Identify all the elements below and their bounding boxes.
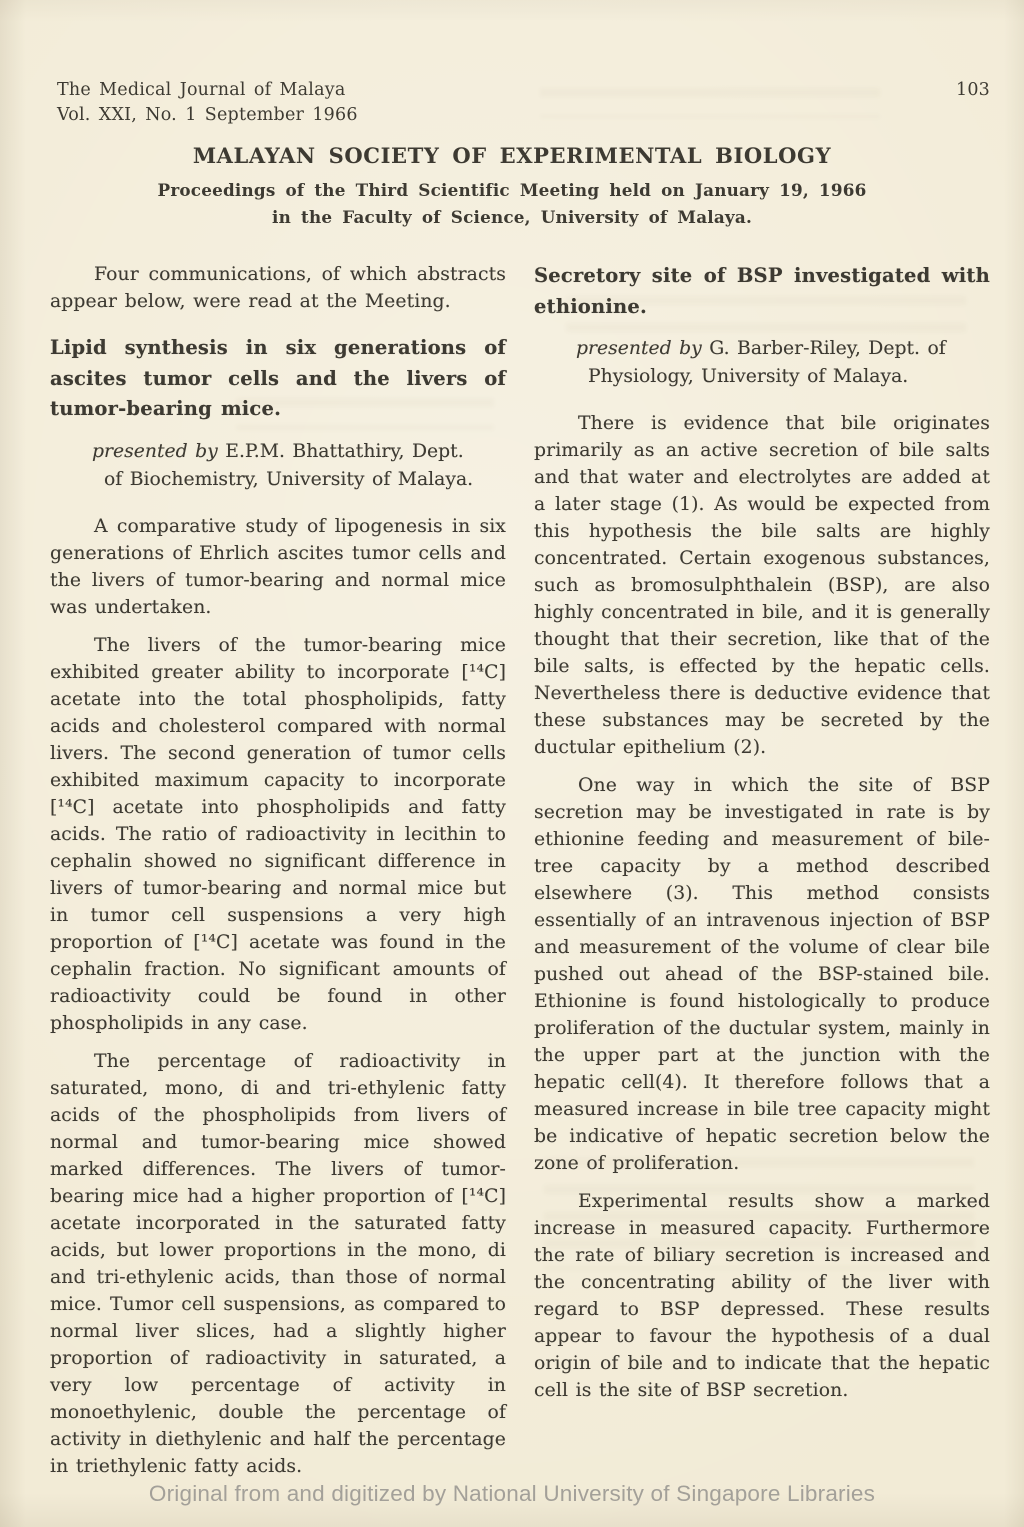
abstract-1-heading: Lipid synthesis in six generations of as… [50,333,506,425]
journal-page-scan: The Medical Journal of Malaya Vol. XXI, … [0,0,1024,1527]
presented-by-label: presented by [92,441,218,462]
journal-title: The Medical Journal of Malaya [57,78,358,103]
presenter-affiliation: of Biochemistry, University of Malaya. [92,466,506,494]
journal-info: The Medical Journal of Malaya Vol. XXI, … [57,78,358,128]
page-header: The Medical Journal of Malaya Vol. XXI, … [0,0,1024,128]
subtitle-line-1: Proceedings of the Third Scientific Meet… [0,177,1024,204]
page-number: 103 [956,78,994,103]
abstract-2-presenter: presented by G. Barber-Riley, Dept. of P… [534,335,990,391]
journal-volume-line: Vol. XXI, No. 1 September 1966 [57,103,358,128]
intro-paragraph: Four communications, of which abstracts … [50,261,506,315]
abstract-2-paragraph-3: Experimental results show a marked incre… [534,1188,990,1404]
presented-by-label: presented by [576,338,702,359]
right-column: Secretory site of BSP investigated with … [534,261,990,1491]
presenter-affiliation: Physiology, University of Malaya. [576,363,990,391]
abstract-2-paragraph-2: One way in which the site of BSP secreti… [534,772,990,1177]
presenter-name: E.P.M. Bhattathiry, Dept. [225,441,463,462]
abstract-1-paragraph-3: The percentage of radioactivity in satur… [50,1048,506,1480]
abstract-2-heading: Secretory site of BSP investigated with … [534,261,990,322]
left-column: Four communications, of which abstracts … [50,261,506,1491]
presenter-line: presented by G. Barber-Riley, Dept. of [576,335,990,363]
presenter-line: presented by E.P.M. Bhattathiry, Dept. [92,438,506,466]
two-column-body: Four communications, of which abstracts … [0,261,1024,1491]
meeting-subtitle: Proceedings of the Third Scientific Meet… [0,177,1024,231]
abstract-1-paragraph-1: A comparative study of lipogenesis in si… [50,513,506,621]
abstract-1-presenter: presented by E.P.M. Bhattathiry, Dept. o… [50,438,506,494]
digitization-credit: Original from and digitized by National … [0,1481,1024,1507]
abstract-1-paragraph-2: The livers of the tumor-bearing mice exh… [50,632,506,1037]
presenter-name: G. Barber-Riley, Dept. of [709,338,945,359]
society-title: MALAYAN SOCIETY OF EXPERIMENTAL BIOLOGY [0,143,1024,168]
abstract-2-paragraph-1: There is evidence that bile originates p… [534,410,990,761]
subtitle-line-2: in the Faculty of Science, University of… [0,204,1024,231]
